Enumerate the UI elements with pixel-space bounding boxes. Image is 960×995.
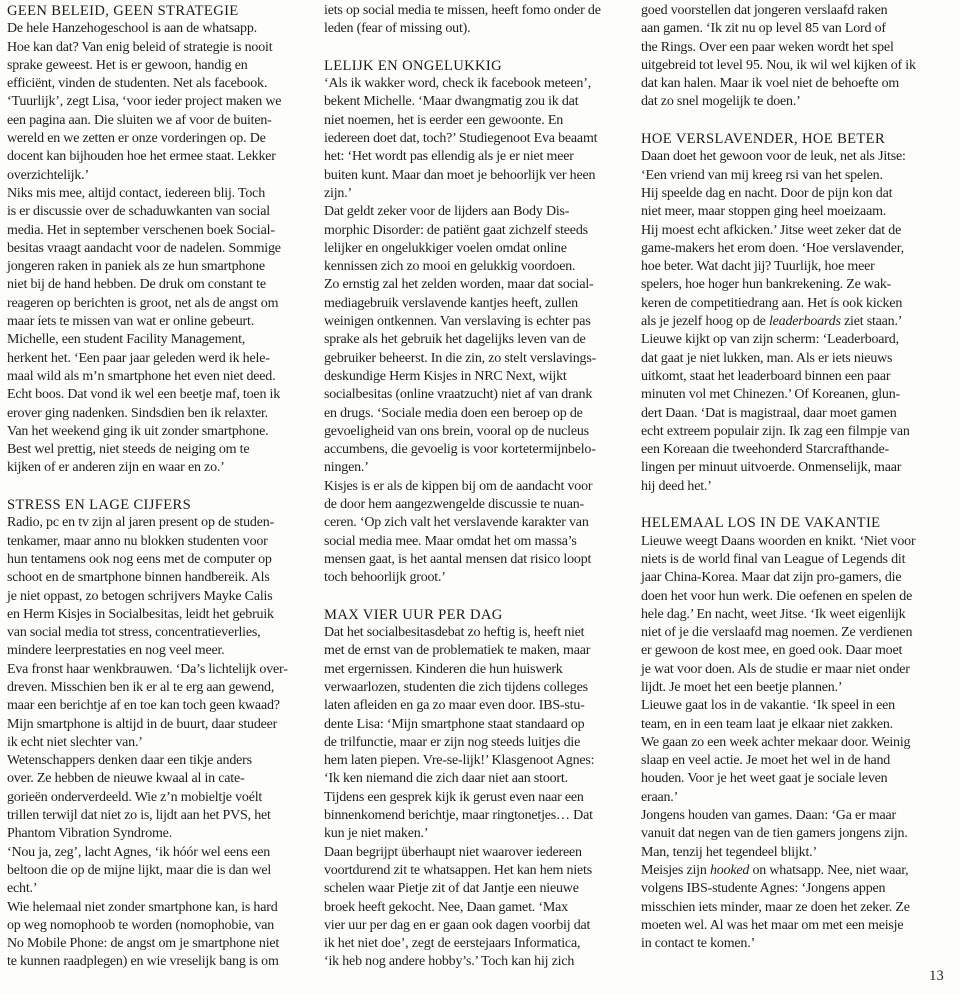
text-line: vanuit dat negen van de tien gamers jong… [641, 825, 941, 843]
text-line: het: ‘Het wordt pas ellendig als je er n… [324, 148, 620, 166]
text-line: lelijker en ongelukkiger voelen omdat on… [324, 240, 620, 258]
text-line: minuten vol met Chinezen.’ Of Koreanen, … [641, 386, 941, 404]
text-line: ‘Tuurlijk’, zegt Lisa, ‘voor ieder proje… [7, 93, 303, 111]
text-line: aan gamen. ‘Ik zit nu op level 85 van Lo… [641, 20, 941, 38]
text-line: Dat het socialbesitasdebat zo heftig is,… [324, 624, 620, 642]
text-line: lingen per minuut uitvoerde. Onmenselijk… [641, 459, 941, 477]
text-line: deskundige Herm Kisjes in NRC Next, wijk… [324, 368, 620, 386]
text-line: slaap en veel actie. Je moet het wel in … [641, 752, 941, 770]
text-line: Wie helemaal niet zonder smartphone kan,… [7, 899, 303, 917]
text-line: dente Lisa: ‘Mijn smartphone staat stand… [324, 716, 620, 734]
text-line: No Mobile Phone: de angst om je smartpho… [7, 935, 303, 953]
text-line: is er discussie over de schaduwkanten va… [7, 203, 303, 221]
text-line: sprake als het gebruik het dagelijks lev… [324, 331, 620, 349]
text-line: Meisjes zijn hooked on whatsapp. Nee, ni… [641, 862, 941, 880]
text-column-3: goed voorstellen dat jongeren verslaafd … [641, 2, 941, 972]
text-line: reageren op berichten is groot, net als … [7, 295, 303, 313]
text-line: en Herm Kisjes in Socialbesitas, leidt h… [7, 606, 303, 624]
text-line: hoe beter. Wat dacht jij? Tuurlijk, hoe … [641, 258, 941, 276]
text-line: in contact te komen.’ [641, 935, 941, 953]
paragraph: ‘Als ik wakker word, check ik facebook m… [324, 75, 620, 587]
paragraph: Daan doet het gewoon voor de leuk, net a… [641, 148, 941, 496]
paragraph: Lieuwe weegt Daans woorden en knikt. ‘Ni… [641, 533, 941, 954]
text-line: ‘Als ik wakker word, check ik facebook m… [324, 75, 620, 93]
section-heading: LELIJK EN ONGELUKKIG [324, 57, 620, 75]
text-line: We gaan zo een week achter mekaar door. … [641, 734, 941, 752]
page-number: 13 [929, 968, 944, 985]
paragraph: Radio, pc en tv zijn al jaren present op… [7, 514, 303, 971]
text-line: accumbens, die gevoelig is voor korteter… [324, 441, 620, 459]
text-line: eraan.’ [641, 789, 941, 807]
text-line: buiten kunt. Maar dan moet je behoorlijk… [324, 167, 620, 185]
section-heading: MAX VIER UUR PER DAG [324, 606, 620, 624]
text-line: efficiënt, vinden de studenten. Net als … [7, 75, 303, 93]
text-line: Lieuwe weegt Daans woorden en knikt. ‘Ni… [641, 533, 941, 551]
text-line: vier uur per dag en er gaan ook dagen vo… [324, 917, 620, 935]
text-line: op weg nomophoob te worden (nomophobie, … [7, 917, 303, 935]
text-line: socialbesitas (online vraatzucht) niet a… [324, 386, 620, 404]
text-line: social media mee. Maar omdat het om mass… [324, 533, 620, 551]
text-line: gebruiker beheerst. In die zin, zo stelt… [324, 350, 620, 368]
text-line: er gewoon de kost mee, en goed ook. Daar… [641, 642, 941, 660]
text-line: game-makers het erom doen. ‘Hoe verslave… [641, 240, 941, 258]
text-line: ‘Ik ken niemand die zich daar niet aan s… [324, 770, 620, 788]
text-line: Mijn smartphone is altijd in de buurt, d… [7, 716, 303, 734]
text-line: Best wel prettig, niet steeds de neiging… [7, 441, 303, 459]
text-line: ceren. ‘Op zich valt het verslavende kar… [324, 514, 620, 532]
text-line: over. Ze hebben de nieuwe kwaal al in ca… [7, 770, 303, 788]
text-line: zijn.’ [324, 185, 620, 203]
text-line: jongeren raken in paniek als ze hun smar… [7, 258, 303, 276]
text-line: Van het weekend ging ik uit zonder smart… [7, 423, 303, 441]
text-line: verwaarlozen, studenten die zich tijdens… [324, 679, 620, 697]
text-line: lijdt. Je moet het een beetje plannen.’ [641, 679, 941, 697]
text-line: niet bij de hand hebben. De druk om cons… [7, 276, 303, 294]
text-line: schelen waar Pietje zit of dat Jantje ee… [324, 880, 620, 898]
text-line: uitgebreid tot level 95. Nou, ik wil wel… [641, 57, 941, 75]
text-line: mindere leerprestaties en nog veel meer. [7, 642, 303, 660]
text-line: iets op social media te missen, heeft fo… [324, 2, 620, 20]
text-line: Lieuwe gaat los in de vakantie. ‘Ik spee… [641, 697, 941, 715]
text-line: dat gaat je niet lukken, man. Als er iet… [641, 350, 941, 368]
text-line: jaar China-Korea. Maar dat zijn pro-game… [641, 569, 941, 587]
text-line: herkent het. ‘Een paar jaar geleden werd… [7, 350, 303, 368]
text-line: laten afleiden en ga zo maar even door. … [324, 697, 620, 715]
text-column-2: iets op social media te missen, heeft fo… [324, 2, 620, 972]
text-line: Kisjes is er als de kippen bij om de aan… [324, 478, 620, 496]
text-line: kennissen zich zo mooi en gelukkig voord… [324, 258, 620, 276]
text-line: dat kan halen. Maar ik voel niet de beho… [641, 75, 941, 93]
text-line: gorieën onderverdeeld. Wie z’n mobieltje… [7, 789, 303, 807]
text-line: moeten wel. Al was het maar om met een m… [641, 917, 941, 935]
text-line: Daan doet het gewoon voor de leuk, net a… [641, 148, 941, 166]
text-line: spelers, hoe hoger hun bankrekening. Ze … [641, 276, 941, 294]
text-line: doen het voor hun werk. Die oefenen en s… [641, 588, 941, 606]
text-line: uitkomt, staat het leaderboard binnen ee… [641, 368, 941, 386]
text-column-1: GEEN BELEID, GEEN STRATEGIEDe hele Hanze… [7, 2, 303, 972]
text-line: Tijdens een gesprek kijk ik gerust even … [324, 789, 620, 807]
section-heading: HELEMAAL LOS IN DE VAKANTIE [641, 514, 941, 532]
text-line: met de ernst van de problematiek te make… [324, 642, 620, 660]
text-line: dert Daan. ‘Dat is magistraal, daar moet… [641, 405, 941, 423]
text-line: gevoeligheid van ons brein, vooral op de… [324, 423, 620, 441]
text-line: voortdurend zit te whatsappen. Het kan h… [324, 862, 620, 880]
text-line: Radio, pc en tv zijn al jaren present op… [7, 514, 303, 532]
paragraph: goed voorstellen dat jongeren verslaafd … [641, 2, 941, 112]
text-line: sprake geweest. Het is er gewoon, handig… [7, 57, 303, 75]
text-line: morphic Disorder: de patiënt gaat zichze… [324, 222, 620, 240]
section-heading: GEEN BELEID, GEEN STRATEGIE [7, 2, 303, 20]
text-line: docent kan bijhouden hoe het ermee staat… [7, 148, 303, 166]
text-line: Hoe kan dat? Van enig beleid of strategi… [7, 39, 303, 57]
text-line: hun tentamens ook nog eens met de comput… [7, 551, 303, 569]
text-line: misschien iets minder, maar ze doen het … [641, 899, 941, 917]
text-line: je wat voor doen. Als de studie er maar … [641, 661, 941, 679]
text-line: Wetenschappers denken daar een tikje and… [7, 752, 303, 770]
text-line: Zo ernstig zal het zelden worden, maar d… [324, 276, 620, 294]
text-line: the Rings. Over een paar weken wordt het… [641, 39, 941, 57]
text-line: ik het niet doe’, zegt de eerstejaars In… [324, 935, 620, 953]
magazine-page: GEEN BELEID, GEEN STRATEGIEDe hele Hanze… [0, 0, 960, 995]
paragraph: iets op social media te missen, heeft fo… [324, 2, 620, 39]
text-line: een pagina aan. Die sluiten we af voor d… [7, 112, 303, 130]
text-line: ningen.’ [324, 459, 620, 477]
text-line: besitas vraagt aandacht voor de nadelen.… [7, 240, 303, 258]
text-line: kijken of er anderen zijn en waar en zo.… [7, 459, 303, 477]
text-line: Hij speelde dag en nacht. Door de pijn k… [641, 185, 941, 203]
text-line: erover ging nadenken. Sindsdien ben ik r… [7, 405, 303, 423]
text-line: Hij moest echt afkicken.’ Jitse weet zek… [641, 222, 941, 240]
text-line: goed voorstellen dat jongeren verslaafd … [641, 2, 941, 20]
text-line: Dat geldt zeker voor de lijders aan Body… [324, 203, 620, 221]
text-line: de door hem aangezwengelde discussie te … [324, 496, 620, 514]
text-line: de trilfunctie, maar er zijn nog steeds … [324, 734, 620, 752]
text-line: hele dag.’ En nacht, weet Jitse. ‘Ik wee… [641, 606, 941, 624]
text-line: hem laten piepen. Vre-se-lijk!’ Klasgeno… [324, 752, 620, 770]
text-line: ‘ik heb nog andere hobby’s.’ Toch kan hi… [324, 953, 620, 971]
text-line: ‘Nou ja, zeg’, lacht Agnes, ‘ik hóór wel… [7, 844, 303, 862]
text-line: niet meer, maar stoppen ging heel moeiza… [641, 203, 941, 221]
text-line: echt.’ [7, 880, 303, 898]
text-line: Eva fronst haar wenkbrauwen. ‘Da’s licht… [7, 661, 303, 679]
paragraph: De hele Hanzehogeschool is aan de whatsa… [7, 20, 303, 477]
text-line: mediagebruik verslavende kantjes heeft, … [324, 295, 620, 313]
text-line: je niet oppast, zo betogen schrijvers Ma… [7, 588, 303, 606]
text-line: Niks mis mee, altijd contact, iedereen b… [7, 185, 303, 203]
text-line: ‘Een vriend van mij kreeg rsi van het sp… [641, 167, 941, 185]
text-line: maal wild als m’n smartphone het even ni… [7, 368, 303, 386]
text-line: Echt boos. Dat vond ik wel een beetje ma… [7, 386, 303, 404]
text-line: houden. Voor je het weet gaat je sociale… [641, 770, 941, 788]
text-line: niet noemen, het is eerder een gewoonte.… [324, 112, 620, 130]
text-line: team, en in een team laat je elkaar niet… [641, 716, 941, 734]
text-line: binnenkomend berichtje, maar ringtonetje… [324, 807, 620, 825]
text-line: bekent Michelle. ‘Maar dwangmatig zou ik… [324, 93, 620, 111]
text-line: niets is de world final van League of Le… [641, 551, 941, 569]
text-line: toch behoorlijk groot.’ [324, 569, 620, 587]
section-heading: HOE VERSLAVENDER, HOE BETER [641, 130, 941, 148]
text-line: dat zo snel mogelijk te doen.’ [641, 93, 941, 111]
text-line: echt extreem populair zijn. Ik zag een f… [641, 423, 941, 441]
text-line: media. Het in september verschenen boek … [7, 222, 303, 240]
text-line: met ergernissen. Kinderen die hun huiswe… [324, 661, 620, 679]
text-line: schoot en de smartphone binnen handberei… [7, 569, 303, 587]
text-line: Lieuwe kijkt op van zijn scherm: ‘Leader… [641, 331, 941, 349]
text-line: beltoon die op de mijne lijkt, maar die … [7, 862, 303, 880]
text-line: overzichtelijk.’ [7, 167, 303, 185]
text-line: leden (fear of missing out). [324, 20, 620, 38]
text-line: keren de competitiedrang aan. Het ís ook… [641, 295, 941, 313]
text-line: maar een berichtje af en toe kan toch ge… [7, 697, 303, 715]
text-line: mensen gaat, is het aantal mensen dat ri… [324, 551, 620, 569]
text-line: niet of je die verslaafd mag noemen. Ze … [641, 624, 941, 642]
text-line: maar íets te missen van wat er online ge… [7, 313, 303, 331]
text-line: ik echt niet slechter van.’ [7, 734, 303, 752]
text-line: Man, tenzij het tegendeel blijkt.’ [641, 844, 941, 862]
text-columns: GEEN BELEID, GEEN STRATEGIEDe hele Hanze… [0, 0, 960, 972]
text-line: te kunnen raadplegen) en wie vreselijk b… [7, 953, 303, 971]
text-line: Daan begrijpt überhaupt niet waarover ie… [324, 844, 620, 862]
text-line: tenkamer, maar anno nu blokken studenten… [7, 533, 303, 551]
text-line: van social media tot stress, concentrati… [7, 624, 303, 642]
text-line: weinigen ontkennen. Van verslaving is ec… [324, 313, 620, 331]
section-heading: STRESS EN LAGE CIJFERS [7, 496, 303, 514]
text-line: De hele Hanzehogeschool is aan de whatsa… [7, 20, 303, 38]
text-line: trillen terwijl dat niet zo is, lijdt aa… [7, 807, 303, 825]
text-line: Jongens houden van games. Daan: ‘Ga er m… [641, 807, 941, 825]
text-line: kun je niet maken.’ [324, 825, 620, 843]
text-line: een Koreaan die tweehonderd Starcrafthan… [641, 441, 941, 459]
text-line: Michelle, een student Facility Managemen… [7, 331, 303, 349]
text-line: broek heeft gekocht. Nee, Daan gamet. ‘M… [324, 899, 620, 917]
text-line: volgens IBS-studente Agnes: ‘Jongens app… [641, 880, 941, 898]
paragraph: Dat het socialbesitasdebat zo heftig is,… [324, 624, 620, 972]
text-line: en drugs. ‘Sociale media doen een beroep… [324, 405, 620, 423]
text-line: als je jezelf hoog op de leaderboards zi… [641, 313, 941, 331]
text-line: Phantom Vibration Syndrome. [7, 825, 303, 843]
text-line: dreven. Misschien ben ik er al te erg aa… [7, 679, 303, 697]
text-line: hij deed het.’ [641, 478, 941, 496]
text-line: wereld en we zetten er onze vorderingen … [7, 130, 303, 148]
text-line: iedereen doet dat, toch?’ Studiegenoot E… [324, 130, 620, 148]
